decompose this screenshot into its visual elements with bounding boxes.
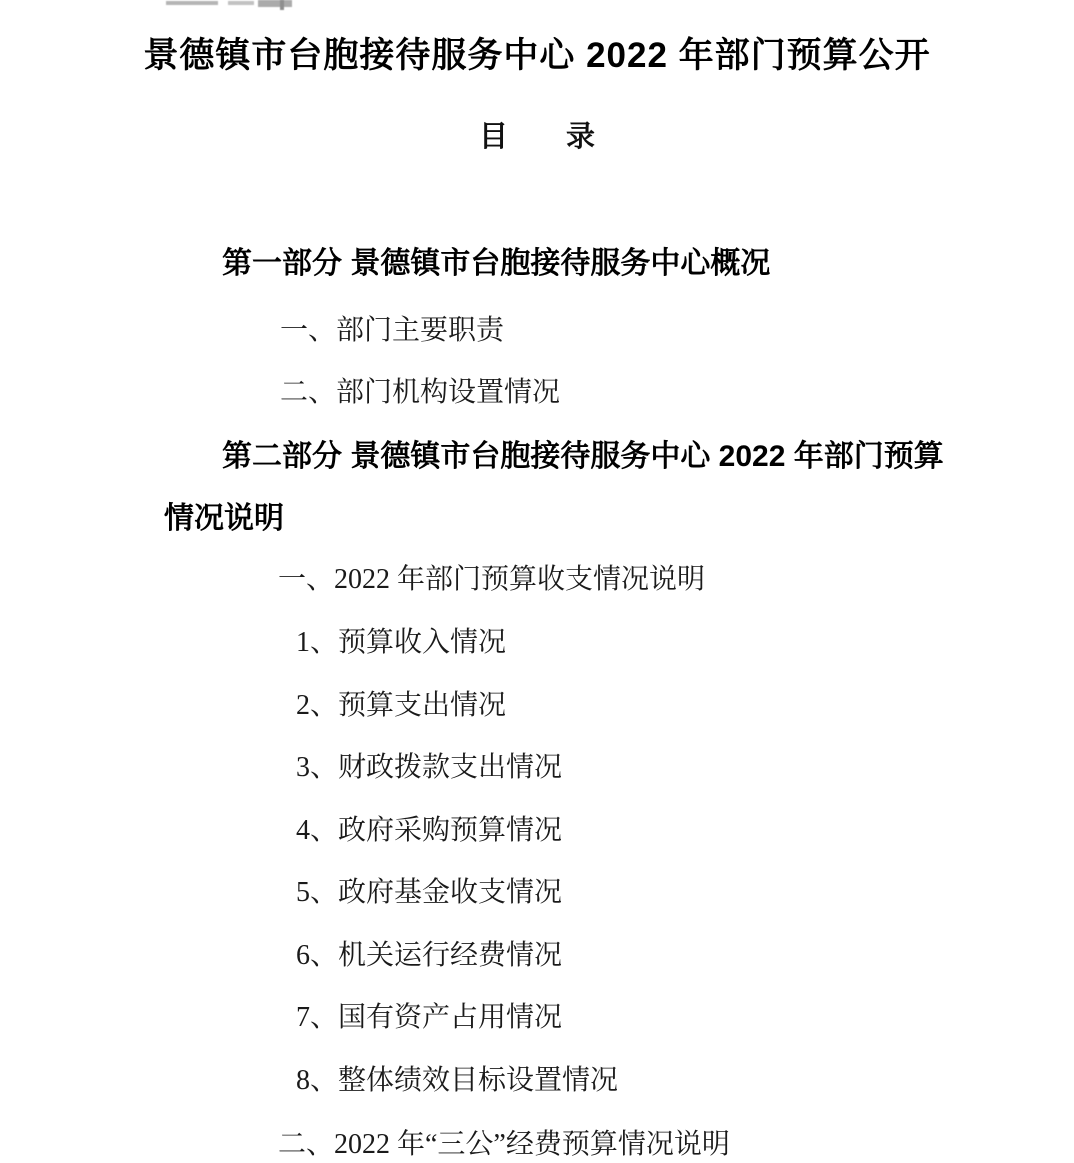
scan-artifact — [258, 0, 292, 7]
toc-item-part1-2: 二、部门机构设置情况 — [280, 377, 560, 409]
toc-item-part2-sub8: 8、整体绩效目标设置情况 — [296, 1065, 618, 1097]
toc-part2-heading-line1: 第二部分 景德镇市台胞接待服务中心 2022 年部门预算 — [222, 440, 944, 475]
toc-item-part2-sub2: 2、预算支出情况 — [296, 690, 506, 722]
document-page: 景德镇市台胞接待服务中心 2022 年部门预算公开 目 录 第一部分 景德镇市台… — [0, 0, 1074, 1163]
toc-item-part2-section2: 二、2022 年“三公”经费预算情况说明 — [278, 1129, 730, 1161]
scan-artifact — [166, 1, 218, 5]
toc-part1-heading: 第一部分 景德镇市台胞接待服务中心概况 — [222, 247, 770, 282]
document-title: 景德镇市台胞接待服务中心 2022 年部门预算公开 — [0, 36, 1074, 76]
toc-item-part2-sub6: 6、机关运行经费情况 — [296, 940, 562, 972]
toc-item-part2-sub4: 4、政府采购预算情况 — [296, 815, 562, 847]
scan-artifact — [228, 1, 254, 5]
toc-item-part1-1: 一、部门主要职责 — [280, 315, 504, 347]
toc-part2-heading-line2: 情况说明 — [164, 502, 284, 537]
toc-item-part2-sub3: 3、财政拨款支出情况 — [296, 752, 562, 784]
toc-item-part2-sub1: 1、预算收入情况 — [296, 627, 506, 659]
toc-item-part2-sub5: 5、政府基金收支情况 — [296, 877, 562, 909]
toc-item-part2-sub7: 7、国有资产占用情况 — [296, 1002, 562, 1034]
toc-item-part2-section1: 一、2022 年部门预算收支情况说明 — [278, 564, 705, 596]
toc-heading: 目 录 — [0, 121, 1074, 154]
scan-artifact — [280, 0, 284, 10]
